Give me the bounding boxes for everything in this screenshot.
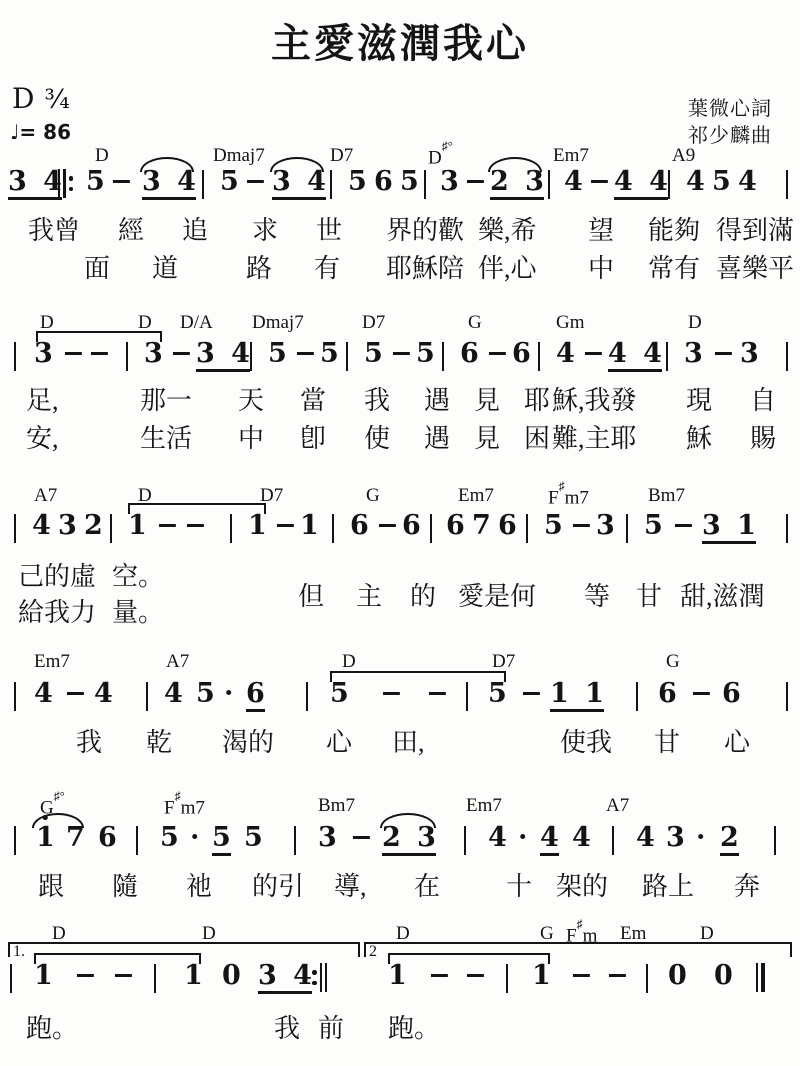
lyric-syllable: 望 — [588, 216, 614, 246]
note: 3 4 — [272, 168, 326, 200]
dash: − — [350, 824, 373, 851]
chord-root: D — [700, 923, 714, 944]
dash: − — [588, 168, 611, 195]
chord-accidental: ♯° — [54, 789, 65, 803]
note: 4 — [636, 824, 655, 851]
barline — [424, 170, 426, 199]
volta-bracket: 2 — [364, 942, 792, 957]
lyric-syllable: 我 — [76, 728, 102, 758]
note: 3 4 — [258, 962, 312, 994]
lyric-syllable: 祂 — [186, 872, 212, 902]
dash: − — [582, 340, 605, 367]
chord-symbol: Em7 — [553, 146, 589, 165]
note: 5 — [212, 824, 231, 856]
barline — [506, 964, 508, 993]
chord-symbol: D — [700, 924, 714, 943]
lyric-syllable: 甜,滋潤 — [680, 582, 765, 612]
lyric-syllable: 導, — [334, 872, 367, 902]
repeat-end-sign — [312, 963, 327, 992]
note: 4 — [164, 680, 183, 707]
chord-accidental: ♯ — [577, 917, 583, 931]
dash: − — [156, 512, 179, 539]
note: 1 — [128, 512, 147, 539]
lyric-syllable: 能夠 — [648, 216, 700, 246]
chord-symbol: D — [342, 652, 356, 671]
note: 6 — [98, 824, 117, 851]
lyric-syllable: 界的歡 — [386, 216, 464, 246]
song-title: 主愛滋潤我心 — [0, 12, 800, 69]
lyric-syllable: 隨 — [112, 872, 138, 902]
lyric-syllable: 主 — [356, 582, 382, 612]
lyric-syllable: 跟 — [38, 872, 64, 902]
volta-bracket: 1. — [8, 942, 360, 957]
note: 1 — [248, 512, 267, 539]
barline — [230, 514, 232, 543]
chord-symbol: D7 — [362, 313, 385, 332]
dash: − — [690, 680, 713, 707]
note: 6 — [402, 512, 421, 539]
note: 3 4 — [196, 340, 250, 372]
note: 5 — [712, 168, 731, 195]
note: 4 — [488, 824, 507, 851]
chord-root: D — [138, 312, 152, 333]
lyric-syllable: 心 — [326, 728, 352, 758]
barline — [646, 964, 648, 993]
lyric-syllable: 我 — [364, 386, 390, 416]
lyric-syllable: 我曾 — [28, 216, 80, 246]
chord-root: Bm7 — [318, 795, 355, 816]
barline — [666, 342, 668, 371]
lyric-syllable: 賜 — [750, 424, 776, 454]
barline — [466, 682, 468, 711]
chord-symbol: Dmaj7 — [252, 313, 304, 332]
dash: − — [74, 962, 97, 989]
chord-symbol: D — [688, 313, 702, 332]
chord-root: D — [40, 312, 54, 333]
note: 6 — [446, 512, 465, 539]
barline — [636, 682, 638, 711]
chord-symbol: D7 — [330, 146, 353, 165]
lyric-syllable: 有 — [314, 254, 340, 284]
chord-symbol: Em7 — [458, 486, 494, 505]
barline — [250, 342, 252, 371]
lyric-syllable: 甘 — [654, 728, 680, 758]
note: 1 1 — [550, 680, 604, 712]
lyric-syllable: 困 — [524, 424, 550, 454]
chord-symbol: D — [138, 313, 152, 332]
note: 7 — [472, 512, 491, 539]
lyric-syllable: 自 — [750, 386, 776, 416]
note: 6 — [460, 340, 479, 367]
lyric-syllable: 經 — [118, 216, 144, 246]
chord-root: Gm — [556, 312, 585, 333]
chord-root: Dmaj7 — [213, 145, 265, 166]
chord-root: G — [540, 923, 554, 944]
note: 6 — [658, 680, 677, 707]
dash: − — [88, 340, 111, 367]
lyric-syllable: 愛是何 — [458, 582, 536, 612]
barline — [774, 826, 776, 855]
chord-symbol: Em — [620, 924, 646, 943]
barline — [430, 514, 432, 543]
chord-symbol: D — [202, 924, 216, 943]
note: 3 — [58, 512, 77, 539]
chord-symbol: A7 — [606, 796, 629, 815]
chord-symbol: Gm — [556, 313, 585, 332]
dash: − — [274, 512, 297, 539]
augmentation-dot: · — [518, 824, 527, 851]
chord-symbol: A9 — [672, 146, 695, 165]
chord-symbol: D/A — [180, 313, 213, 332]
note: 1 — [34, 962, 53, 989]
dash: − — [464, 962, 487, 989]
chord-root: F — [164, 797, 175, 818]
lyric-syllable: 中 — [238, 424, 264, 454]
dash: − — [244, 168, 267, 195]
rest: 0 — [714, 962, 733, 989]
dash: − — [570, 512, 593, 539]
barline — [612, 826, 614, 855]
dash: − — [390, 340, 413, 367]
lyric-syllable: 中 — [588, 254, 614, 284]
note: 3 — [318, 824, 337, 851]
dash: − — [426, 680, 449, 707]
chord-quality: m7 — [181, 797, 205, 818]
chord-root: F — [548, 487, 559, 508]
dash: − — [672, 512, 695, 539]
note: 3 1 — [702, 512, 756, 544]
chord-symbol: Bm7 — [318, 796, 355, 815]
barline — [786, 170, 788, 199]
lyric-syllable: 難,主耶 — [552, 424, 637, 454]
chord-root: G — [468, 312, 482, 333]
note: 6 — [722, 680, 741, 707]
dash: − — [294, 340, 317, 367]
rest: 0 — [222, 962, 241, 989]
chord-symbol: F♯m7 — [548, 486, 589, 507]
lyric-syllable: 道 — [152, 254, 178, 284]
lyric-syllable: 跑。 — [26, 1014, 78, 1044]
note: 2 3 — [490, 168, 544, 200]
lyric-syllable: 乾 — [146, 728, 172, 758]
note: 1 — [184, 962, 203, 989]
barline — [306, 682, 308, 711]
lyric-syllable: 空。 — [112, 562, 164, 592]
lyric-syllable: 十 — [506, 872, 532, 902]
barline — [110, 514, 112, 543]
chord-root: A7 — [606, 795, 629, 816]
lyric-syllable: 見 — [474, 386, 500, 416]
lyric-syllable: 常有 — [648, 254, 700, 284]
lyric-syllable: 前 — [318, 1014, 344, 1044]
note: 5 — [488, 680, 507, 707]
note: 3 4 — [8, 168, 62, 200]
note: 3 4 — [142, 168, 196, 200]
lyric-syllable: 遇 — [424, 386, 450, 416]
note: 4 — [94, 680, 113, 707]
barline — [786, 514, 788, 543]
slur — [270, 157, 324, 172]
augmentation-dot: · — [190, 824, 199, 851]
barline — [14, 826, 16, 855]
note: 5 — [268, 340, 287, 367]
volta-label: 2 — [369, 944, 377, 960]
dash: − — [112, 962, 135, 989]
lyric-syllable: 那一 — [140, 386, 192, 416]
dash: − — [570, 962, 593, 989]
tempo-marking: ♩= 86 — [10, 120, 71, 144]
barline — [330, 170, 332, 199]
chord-symbol: D — [40, 313, 54, 332]
lyric-syllable: 見 — [474, 424, 500, 454]
note: 4 — [572, 824, 591, 851]
lyric-syllable: 耶穌陪 — [386, 254, 464, 284]
chord-symbol: D♯° — [428, 146, 453, 167]
note: 3 — [740, 340, 759, 367]
barline — [154, 964, 156, 993]
note: 4 — [32, 512, 51, 539]
barline — [548, 170, 550, 199]
note: 5 — [544, 512, 563, 539]
chord-root: Em7 — [34, 651, 70, 672]
chord-symbol: D — [52, 924, 66, 943]
note: 4 — [564, 168, 583, 195]
lyric-syllable: 卽 — [300, 424, 326, 454]
chord-root: A7 — [166, 651, 189, 672]
dash: − — [170, 340, 193, 367]
volta-label: 1. — [13, 944, 25, 960]
chord-symbol: Em7 — [34, 652, 70, 671]
lyric-syllable: 現 — [686, 386, 712, 416]
barline — [136, 826, 138, 855]
lyric-syllable: 得到滿 — [716, 216, 794, 246]
lyric-syllable: 但 — [298, 582, 324, 612]
augmentation-dot: · — [696, 824, 705, 851]
chord-symbol: G — [468, 313, 482, 332]
barline — [14, 682, 16, 711]
lyric-syllable: 天 — [238, 386, 264, 416]
dash: − — [62, 340, 85, 367]
dash: − — [712, 340, 735, 367]
note: 4 4 — [614, 168, 668, 200]
lyric-syllable: 量。 — [112, 598, 164, 628]
barline — [146, 682, 148, 711]
tie — [330, 671, 506, 682]
barline — [346, 342, 348, 371]
chord-root: Em7 — [553, 145, 589, 166]
dash: − — [380, 680, 403, 707]
barline — [464, 826, 466, 855]
note: 2 3 — [382, 824, 436, 856]
note: 1 — [300, 512, 319, 539]
lyric-syllable: 架的 — [556, 872, 608, 902]
chord-symbol: Bm7 — [648, 486, 685, 505]
note: 5 — [220, 168, 239, 195]
lyric-syllable: 穌,我發 — [552, 386, 637, 416]
chord-accidental: ♯ — [175, 789, 181, 803]
dash: − — [464, 168, 487, 195]
chord-root: Em — [620, 923, 646, 944]
note: 3 — [144, 340, 163, 367]
note: 5 — [320, 340, 339, 367]
note: 3 — [596, 512, 615, 539]
lyric-syllable: 田, — [392, 728, 425, 758]
note: 4 — [738, 168, 757, 195]
note: 5 — [330, 680, 349, 707]
chord-root: Dmaj7 — [252, 312, 304, 333]
note: 5 — [364, 340, 383, 367]
lyric-syllable: 路 — [246, 254, 272, 284]
dash: − — [376, 512, 399, 539]
chord-root: D — [202, 923, 216, 944]
lyricist-credit: 葉微心詞 — [688, 92, 772, 121]
chord-root: D — [52, 923, 66, 944]
note: 4 — [540, 824, 559, 856]
chord-accidental: ♯ — [559, 479, 565, 493]
chord-root: D7 — [330, 145, 353, 166]
lyric-syllable: 使 — [364, 424, 390, 454]
note: 1 — [36, 824, 55, 851]
lyric-syllable: 等 — [584, 582, 610, 612]
note: 6 — [498, 512, 517, 539]
barline — [442, 342, 444, 371]
chord-accidental: ♯° — [442, 139, 453, 153]
lyric-syllable: 面 — [84, 254, 110, 284]
note: 4 — [686, 168, 705, 195]
note: 6 — [350, 512, 369, 539]
barline — [332, 514, 334, 543]
lyric-syllable: 奔 — [734, 872, 760, 902]
chord-root: D — [95, 145, 109, 166]
lyric-syllable: 的 — [410, 582, 436, 612]
chord-root: D/A — [180, 312, 213, 333]
tie — [128, 503, 266, 514]
chord-root: D — [342, 651, 356, 672]
lyric-syllable: 世 — [316, 216, 342, 246]
chord-root: D7 — [362, 312, 385, 333]
slur — [380, 813, 436, 828]
barline — [538, 342, 540, 371]
chord-symbol: D7 — [492, 652, 515, 671]
lyric-syllable: 求 — [252, 216, 278, 246]
note: 5 — [244, 824, 263, 851]
note: 1 — [532, 962, 551, 989]
final-barline — [756, 963, 765, 992]
chord-symbol: A7 — [34, 486, 57, 505]
note: 3 — [440, 168, 459, 195]
note: 2 — [720, 824, 739, 856]
chord-root: Em7 — [466, 795, 502, 816]
tie — [36, 331, 162, 342]
chord-root: D — [688, 312, 702, 333]
lyric-syllable: 的引 — [252, 872, 304, 902]
note: 5 — [644, 512, 663, 539]
time-signature: ¾ — [44, 85, 69, 115]
chord-symbol: G — [666, 652, 680, 671]
chord-symbol: D — [396, 924, 410, 943]
chord-root: A7 — [34, 485, 57, 506]
note: 6 — [512, 340, 531, 367]
dash: − — [606, 962, 629, 989]
chord-root: Em7 — [458, 485, 494, 506]
repeat-begin-sign — [58, 169, 73, 198]
chord-symbol: G — [366, 486, 380, 505]
note: 2 — [84, 512, 103, 539]
barline — [126, 342, 128, 371]
lyric-syllable: 給我力 — [18, 598, 96, 628]
lyric-syllable: 甘 — [636, 582, 662, 612]
lyric-syllable: 己的虛 — [18, 562, 96, 592]
slur — [488, 157, 542, 172]
dash: − — [428, 962, 451, 989]
note: 5 — [416, 340, 435, 367]
lyric-syllable: 安, — [26, 424, 59, 454]
chord-root: D — [396, 923, 410, 944]
dash: − — [64, 680, 87, 707]
lyric-syllable: 伴,心 — [478, 254, 537, 284]
note: 4 — [34, 680, 53, 707]
barline — [10, 964, 12, 993]
lyric-syllable: 遇 — [424, 424, 450, 454]
chord-symbol: Em7 — [466, 796, 502, 815]
note: 4 4 — [608, 340, 662, 372]
chord-root: G — [366, 485, 380, 506]
chord-symbol: Dmaj7 — [213, 146, 265, 165]
note: 4 — [556, 340, 575, 367]
chord-root: Bm7 — [648, 485, 685, 506]
chord-symbol: A7 — [166, 652, 189, 671]
chord-symbol: D — [95, 146, 109, 165]
note: 3 — [666, 824, 685, 851]
barline — [668, 170, 670, 199]
lyric-syllable: 跑。 — [388, 1014, 440, 1044]
chord-symbol: G — [540, 924, 554, 943]
lyric-syllable: 生活 — [140, 424, 192, 454]
note: 5 — [86, 168, 105, 195]
lyric-syllable: 渴的 — [222, 728, 274, 758]
lyric-syllable: 當 — [300, 386, 326, 416]
barline — [14, 342, 16, 371]
chord-root: A9 — [672, 145, 695, 166]
note: 3 — [34, 340, 53, 367]
augmentation-dot: · — [224, 680, 233, 707]
barline — [786, 342, 788, 371]
note: 5 — [196, 680, 215, 707]
barline — [526, 514, 528, 543]
lyric-syllable: 路上 — [642, 872, 694, 902]
note: 7 — [66, 824, 85, 851]
barline — [202, 170, 204, 199]
key-letter: D — [12, 82, 34, 115]
dash: − — [184, 512, 207, 539]
lyric-syllable: 足, — [26, 386, 59, 416]
sheet-music-page: 主愛滋潤我心 D¾ ♩= 86 葉微心詞 祁少麟曲 DDmaj7D7D♯°Em7… — [0, 0, 800, 1066]
lyric-syllable: 心 — [724, 728, 750, 758]
note: 6 — [374, 168, 393, 195]
lyric-syllable: 樂,希 — [478, 216, 537, 246]
chord-root: D7 — [492, 651, 515, 672]
key-signature: D¾ — [12, 82, 70, 115]
note: 5 — [160, 824, 179, 851]
dash: − — [486, 340, 509, 367]
chord-symbol: F♯m7 — [164, 796, 205, 817]
note: 1 — [388, 962, 407, 989]
barline — [14, 514, 16, 543]
chord-quality: m7 — [565, 487, 589, 508]
rest: 0 — [668, 962, 687, 989]
slur — [140, 157, 194, 172]
note: 6 — [246, 680, 265, 712]
